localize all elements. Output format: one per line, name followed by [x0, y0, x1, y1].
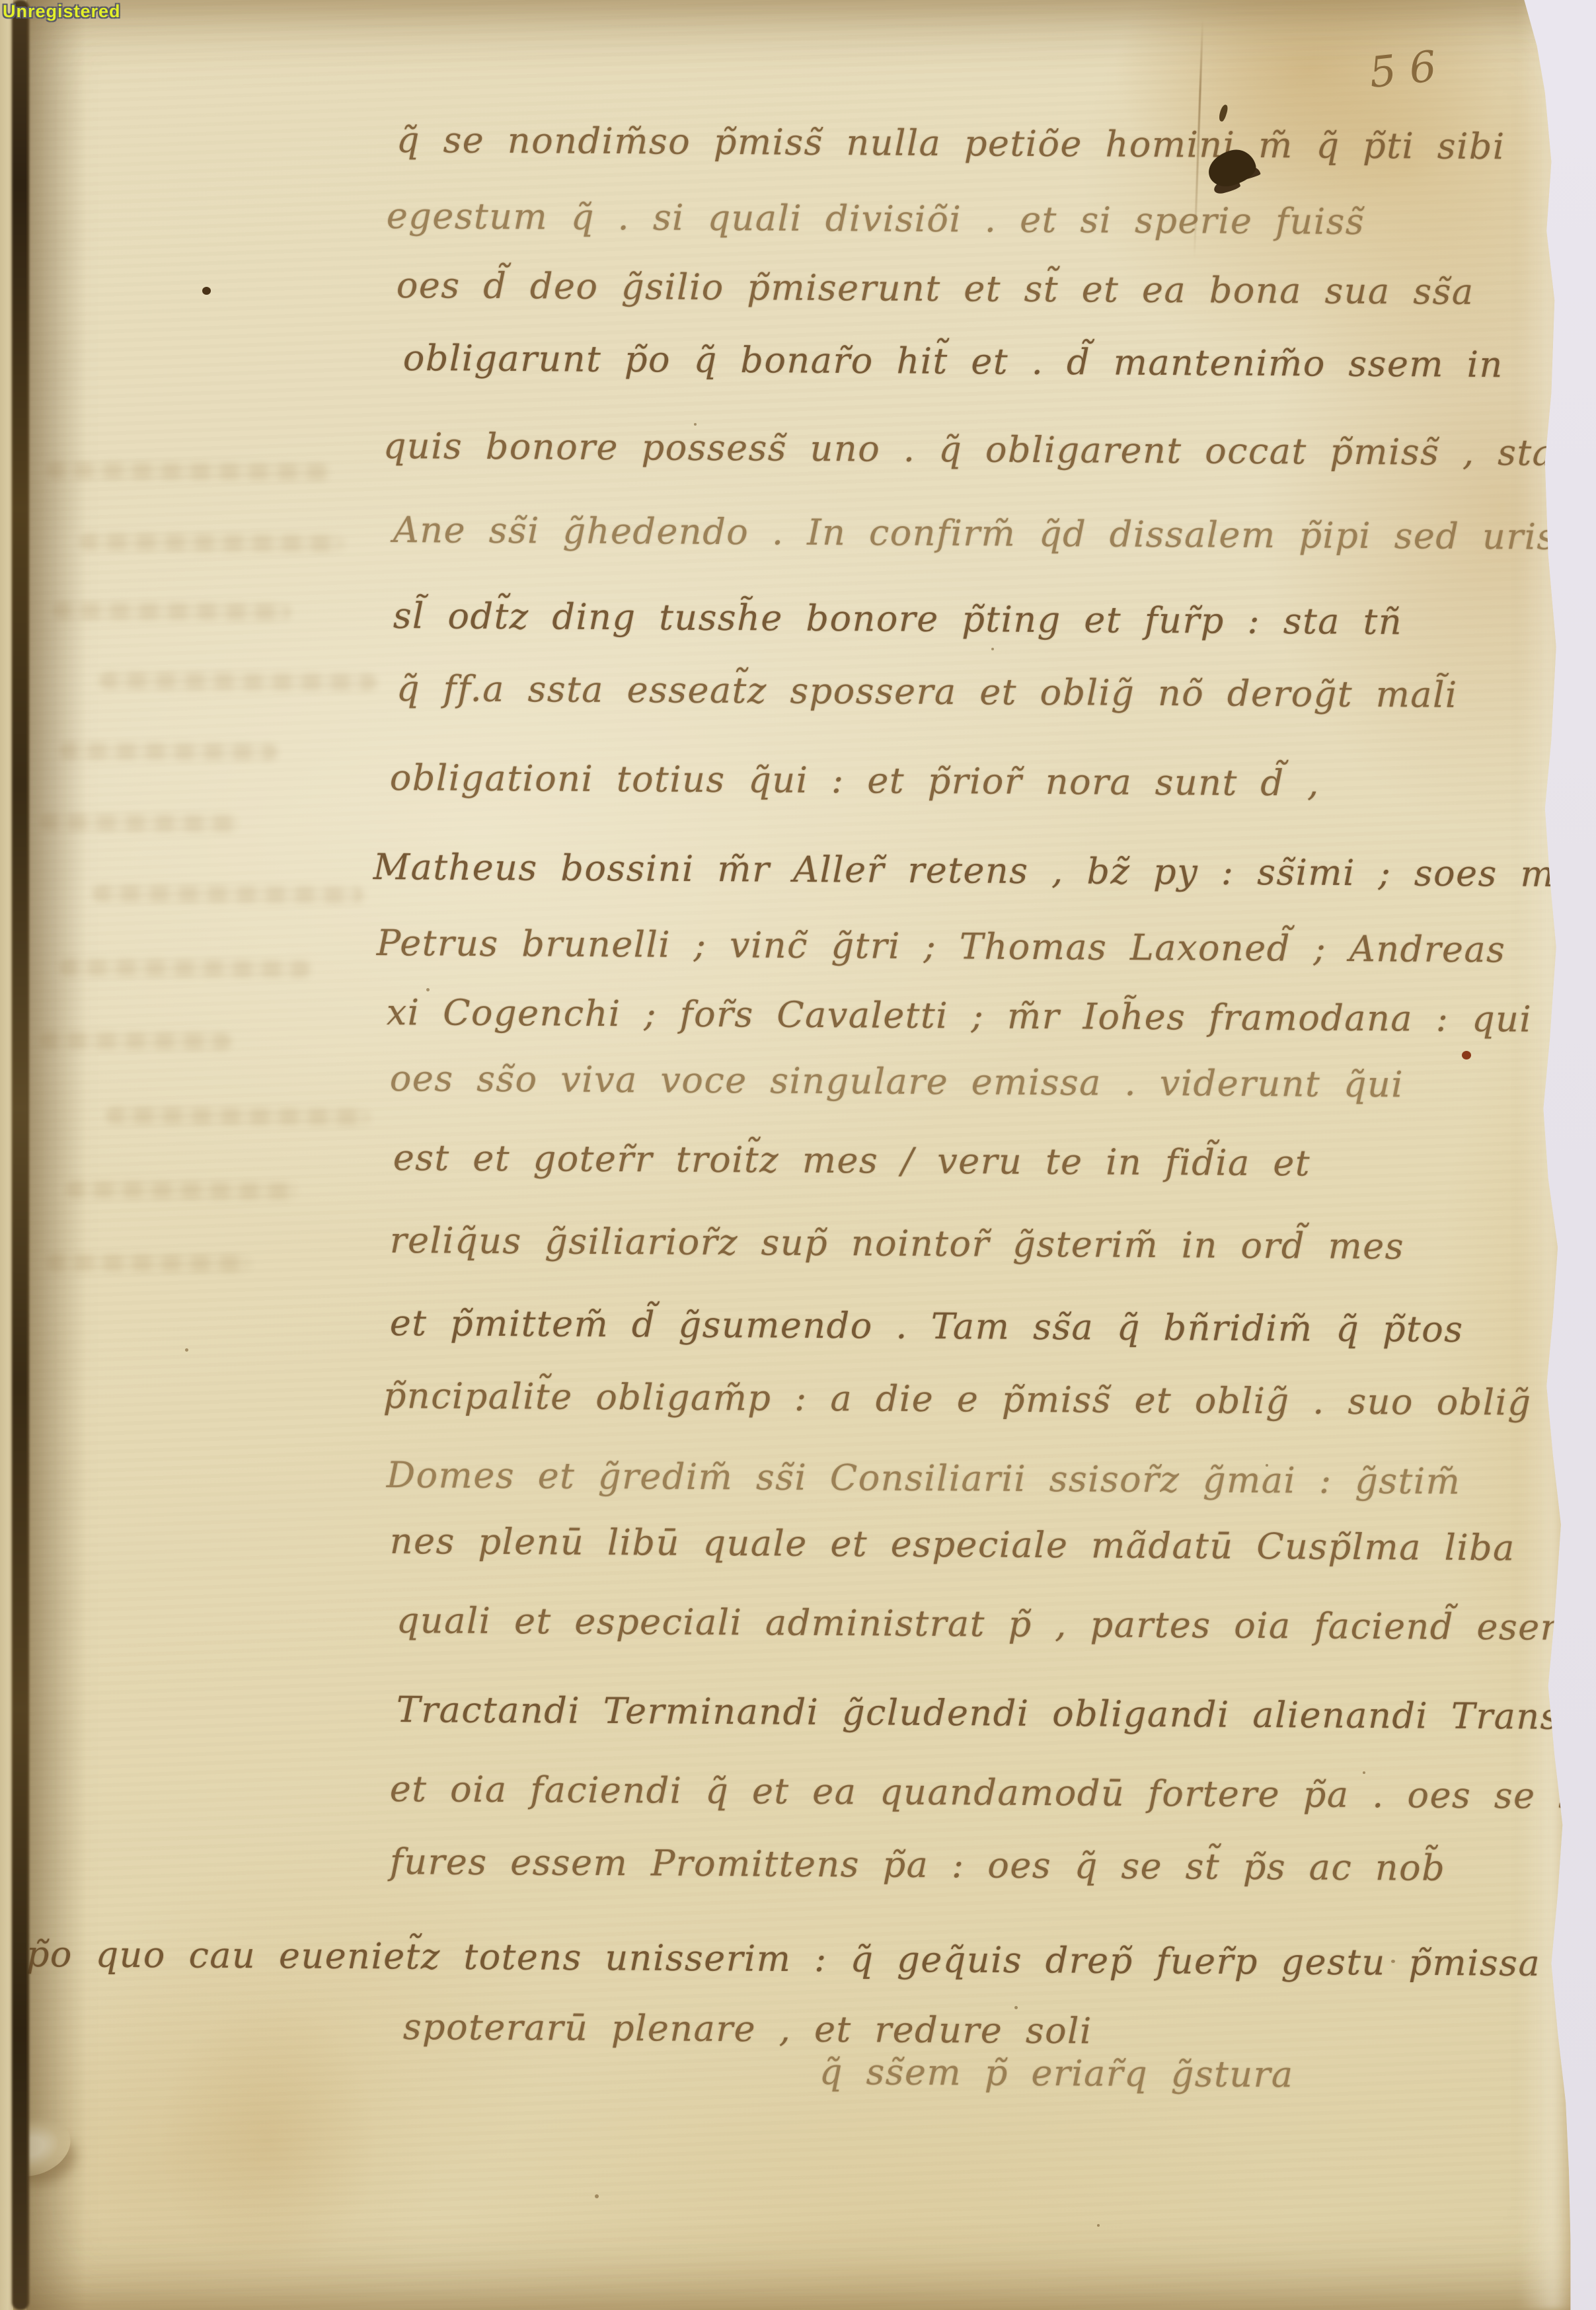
speck — [991, 648, 994, 650]
text-line: Ane ss̃i g̃hedendo . In confirm̃ q̃d dis… — [393, 512, 1464, 555]
text-line: xi Cogenchi ; for̃s Cavaletti ; m̃r Ioh̃… — [387, 995, 1457, 1037]
ink-mark — [1217, 104, 1229, 122]
text-line: obligationi totius q̃ui : et p̃rior̃ nor… — [390, 760, 1461, 802]
show-through-ghost-line — [99, 672, 377, 691]
speck — [1097, 2224, 1100, 2227]
text-line-margin-start: p̃o quo cau eueniet̃z totens unisserim :… — [26, 1937, 1480, 1981]
manuscript-page: q̃ se nondim̃so p̃miss̃ nulla petiõe hom… — [0, 0, 1596, 2310]
text-line: p̃ncipalit̃e obligam̃p : a die e p̃miss̃… — [383, 1378, 1454, 1420]
speck — [1363, 1771, 1365, 1774]
text-line: q̃ ff.a ssta esseat̃z spossera et oblig̃… — [397, 671, 1467, 713]
text-line: sl̃ odt̃z ding tussh̃e bonore p̃ting et … — [393, 598, 1464, 640]
text-line: egestum q̃ . si quali divisiõi . et si s… — [387, 198, 1457, 241]
speck — [426, 988, 430, 991]
book-left-edge — [0, 0, 13, 2310]
show-through-ghost-line — [106, 1107, 370, 1126]
show-through-ghost-line — [53, 602, 291, 621]
speck — [694, 423, 697, 426]
text-line: Petrus brunelli ; vinc̃ g̃tri ; Thomas L… — [377, 925, 1447, 968]
text-line: oes d̃ deo g̃silio p̃miserunt et st̃ et … — [397, 268, 1467, 310]
text-line: oes ss̃o viva voce singulare emissa . vi… — [390, 1061, 1461, 1103]
text-line: fures essem Promittens p̃a : oes q̃ se s… — [390, 1844, 1461, 1886]
text-line: et p̃mittem̃ d̃ g̃sumendo . Tam ss̃a q̃ … — [390, 1305, 1461, 1348]
text-line: et oia faciendi q̃ et ea quandamodū fort… — [390, 1771, 1461, 1814]
text-line: Tractandi Terminandi g̃cludendi obligand… — [397, 1692, 1467, 1734]
show-through-ghost-line — [93, 885, 363, 904]
speck — [1391, 1960, 1395, 1963]
text-line: nes plenū libū quale et especiale mãdatū… — [390, 1523, 1461, 1566]
text-line: quis bonore possess̃ uno . q̃ obligarent… — [383, 428, 1454, 471]
scanned-manuscript: q̃ se nondim̃so p̃miss̃ nulla petiõe hom… — [0, 0, 1596, 2310]
red-ink-dot — [1462, 1051, 1471, 1059]
text-line: Domes et g̃redim̃ ss̃i Consiliarii ssiso… — [387, 1457, 1457, 1500]
text-line: reliq̃us g̃siliarior̃z sup̃ nointor̃ g̃s… — [390, 1223, 1461, 1265]
scanner-watermark: Unregistered — [3, 1, 121, 22]
text-line: q̃ se nondim̃so p̃miss̃ nulla petiõe hom… — [397, 122, 1467, 165]
show-through-ghost-line — [59, 742, 278, 761]
text-line: Matheus bossini m̃r Aller̃ retens , bz̃ … — [373, 849, 1444, 892]
ink-dot — [202, 287, 211, 295]
text-line: est et goter̃r troit̃z mes / veru te in … — [393, 1140, 1464, 1182]
page-number: 56 — [1367, 41, 1452, 98]
show-through-ghost-line — [79, 533, 344, 553]
stain-smudge — [159, 2003, 377, 2280]
text-line: quali et especiali administrat p̃ , part… — [397, 1603, 1467, 1645]
show-through-ghost-line — [46, 461, 330, 481]
text-line: q̃ ss̃em p̃ eriar̃q g̃stura — [819, 2054, 1596, 2097]
red-speck — [1583, 370, 1589, 376]
text-line: spoterarū plenare , et redure soli — [403, 2009, 1474, 2052]
show-through-ghost-line — [59, 959, 311, 978]
speck — [1014, 2006, 1018, 2009]
show-through-ghost-line — [66, 1181, 297, 1200]
speck — [1266, 1464, 1268, 1467]
gutter-soft-shadow — [26, 0, 86, 2310]
speck — [185, 1348, 188, 1352]
text-line: obligarunt p̃o q̃ bonar̃o hit̃ et . d̃ m… — [403, 340, 1474, 383]
speck — [595, 2194, 599, 2198]
